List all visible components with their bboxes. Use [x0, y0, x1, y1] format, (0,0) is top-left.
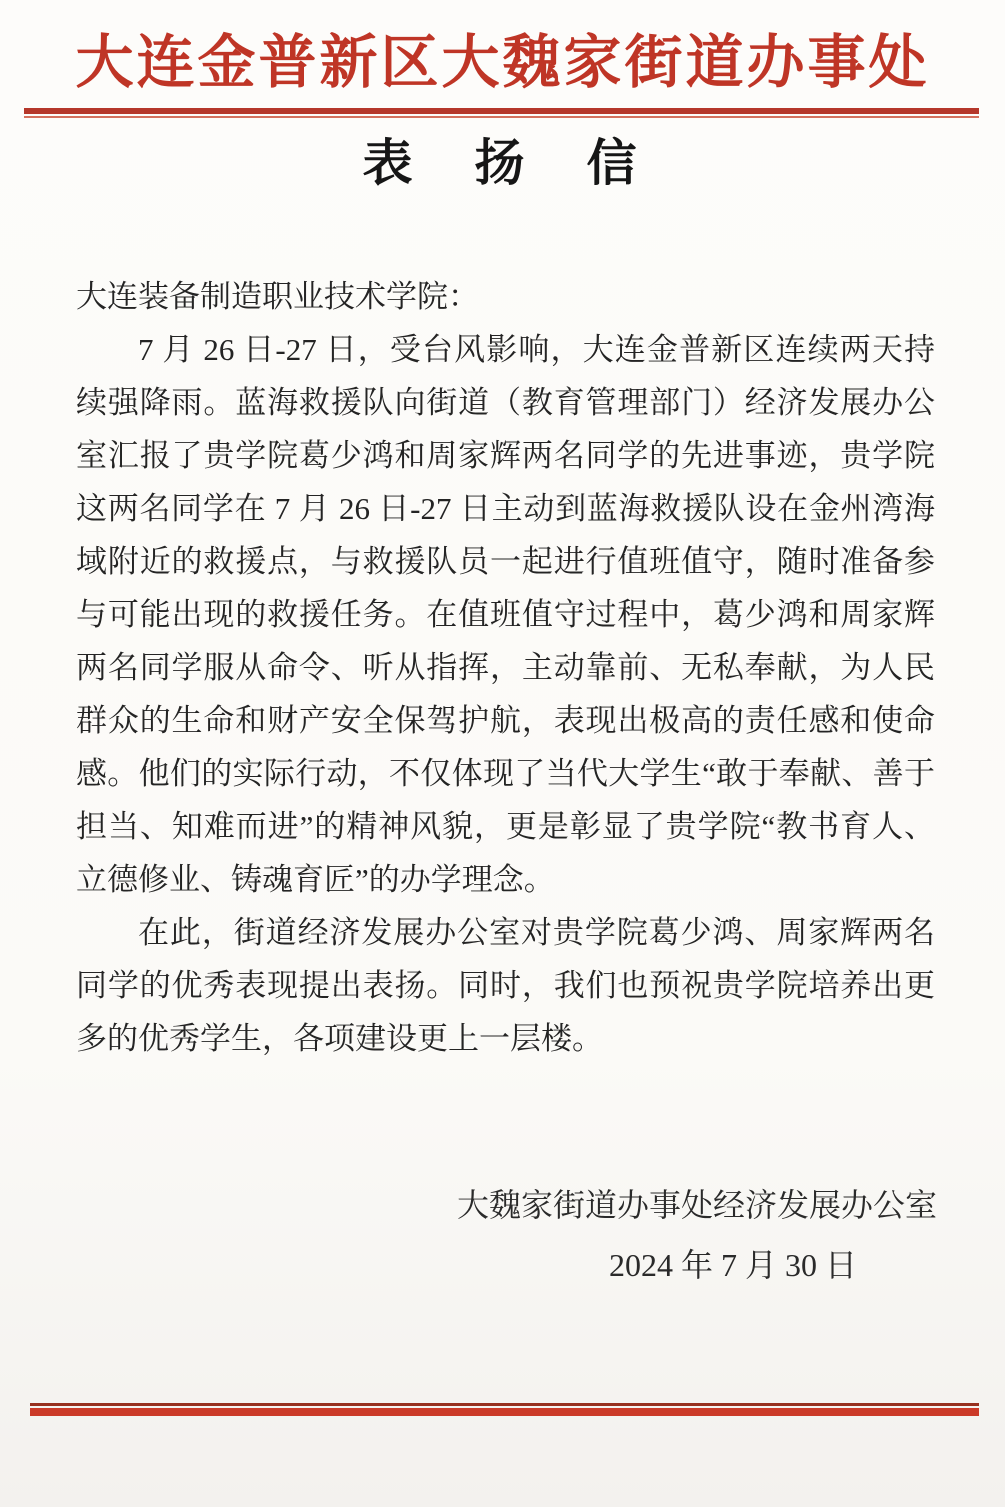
footer-divider-rule: [30, 1403, 979, 1416]
body-paragraph-1: 7 月 26 日-27 日，受台风影响，大连金普新区连续两天持续强降雨。蓝海救援…: [76, 323, 935, 906]
body-paragraph-2: 在此，街道经济发展办公室对贵学院葛少鸿、周家辉两名同学的优秀表现提出表扬。同时，…: [76, 906, 935, 1065]
footer-rule-thick-line: [30, 1408, 979, 1416]
signature-block: 大魏家街道办事处经济发展办公室 2024 年 7 月 30 日: [0, 1183, 1005, 1287]
salutation: 大连装备制造职业技术学院：: [76, 270, 935, 323]
signature-date: 2024 年 7 月 30 日: [0, 1243, 1005, 1287]
header-divider-rule: [24, 108, 979, 118]
letterhead-title: 大连金普新区大魏家街道办事处: [0, 0, 1005, 104]
letter-body: 大连装备制造职业技术学院： 7 月 26 日-27 日，受台风影响，大连金普新区…: [76, 270, 935, 1065]
header-rule-thin-line: [24, 116, 979, 118]
signature-org-name: 大魏家街道办事处经济发展办公室: [0, 1183, 1005, 1227]
document-title: 表 扬 信: [0, 132, 1005, 194]
commendation-letter-page: 大连金普新区大魏家街道办事处 表 扬 信 大连装备制造职业技术学院： 7 月 2…: [0, 0, 1005, 1507]
